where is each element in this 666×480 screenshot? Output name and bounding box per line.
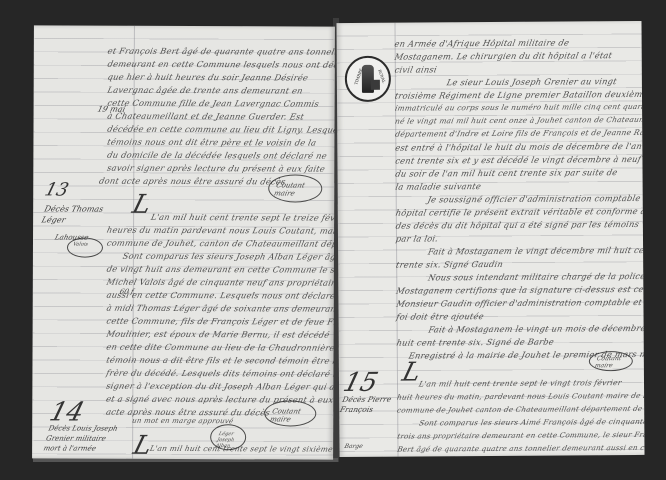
text-line: civil ainsi [394,64,438,74]
text-line: huit cent trente six. Signé de Barbe [396,337,555,348]
text-line: par la loi. [395,233,439,243]
text-line: L'an mil huit cent trente sept le treize… [150,212,335,223]
text-line: huit heures du matin, pardevant nous Lou… [396,391,644,402]
text-line: signer à l'exception du dit Joseph Alban… [105,381,335,392]
text-line: Mostaganem certifions que la signature c… [395,284,644,296]
text-line: aussi en cette Commune. Lesquels nous on… [106,290,335,301]
text-line: un mot en marge approuvé [131,417,234,425]
left-page: 19 mai 13 Décès Thomas Léger Lahousse Va… [32,25,335,459]
text-line: L'an mil huit cent trente sept le vingt … [149,444,335,454]
text-line: cette Commune, fils de François Léger et… [106,316,335,327]
text-line: Monsieur Gaudin officier d'administratio… [395,297,644,309]
text-line: Michel Valois âgé de cinquante neuf ans … [106,277,335,288]
text-line: en Armée d'Afrique Hôpital militaire de [394,37,571,48]
text-line: heures du matin pardevant nous Louis Cou… [106,225,335,236]
text-line: la maladie suivante [395,181,483,192]
text-line: que hier à huit heures du soir Jeanne Dé… [107,72,310,83]
text-line: dont acte après nous être assuré du décè… [98,176,286,187]
text-line: cette Commune fille de Jean Lavergnac Co… [107,98,321,109]
text-line: département d'Indre et Loire fils de Fra… [394,128,644,139]
text-line: né le vingt mai mil huit cent onze à Jou… [394,115,644,126]
royal-stamp: TIMBRE ROYAL [345,56,391,102]
margin-annotation: Barge [344,443,364,450]
margin-entry-title: Décès Thomas Léger [40,203,126,225]
margin-entry-title: Décès Pierre François [339,395,399,415]
text-line: cent trente six et y est décédé le vingt… [394,154,644,166]
text-line: témoins nous ont dit être père et le voi… [106,137,317,148]
margin-entry-title: Décès Louis Joseph Grenier militaire mor… [42,423,128,453]
mayor-signature: Coutant maire [589,351,633,371]
text-line: trois ans propriétaire demeurant en cett… [396,430,644,441]
text-line: Moulinier, est époux de Marie Bernu, il … [106,329,331,340]
text-line: du soir de l'an mil huit cent trente six… [395,167,619,179]
text-line: des décès du dit hôpital qui a été signé… [395,219,645,231]
text-line: est entré à l'hôpital le huit du mois de… [394,141,644,153]
text-line: à Chateaumeillant et de Jeanne Guerder. … [106,111,305,122]
text-line: témoin nous a dit être fils et le second… [105,355,335,366]
text-line: acte après nous être assuré du décès [105,407,271,418]
text-line: commune de Jouhet canton de Chateaumeill… [396,404,644,415]
stamp-seat [371,80,380,90]
text-line: hôpital certifie le présent extrait véri… [395,206,645,218]
text-line: et François Bert âgé de quarante quatre … [107,46,335,57]
text-line: Fait à Mostaganem le vingt décembre mil … [427,245,644,257]
text-line: Lavergnac âgée de trente ans demeurant e… [107,85,304,96]
text-line: L'an mil huit cent trente sept le vingt … [418,378,622,388]
text-line: en cette dite Commune au lieu de la Chau… [105,342,334,353]
text-line: à midi Thomas Léger âgé de soixante ans … [106,303,335,314]
text-line: immatriculé au corps sous le numéro huit… [394,102,644,113]
text-line: Fait à Mostaganem le vingt un mois de dé… [428,323,645,335]
text-line: frère du décédé. Lesquels dits témoins o… [105,368,335,379]
text-line: Bert âgé de quarante quatre ans tonnelie… [397,443,645,454]
text-line: Sont comparus les sieurs Joseph Alban Lé… [122,251,335,262]
text-line: décédée en cette commune au lieu dit Lig… [106,124,335,135]
text-line: de vingt huit ans demeurant en cette Com… [106,264,335,275]
text-line: troisième Régiment de Ligne premier Bata… [394,89,645,101]
text-line: commune de Jouhet, canton de Chateaumeil… [106,238,335,249]
text-line: Mostaganem. Le chirurgien du dit hôpital… [394,50,614,62]
text-line: savoir signer après lecture du présent à… [106,163,326,174]
right-page: TIMBRE ROYAL en Armée d'Afrique Hôpital … [336,21,644,457]
text-line: foi doit être ajoutée [396,311,485,322]
text-line: Nous sous intendant militaire chargé de … [427,271,644,283]
text-line: Je soussigné officier d'administration c… [427,193,645,205]
text-line: demeurant en cette Commune lesquels nous… [107,59,335,70]
mayor-signature: Coutant maire [268,174,322,202]
margin-signature: Valois [67,237,103,257]
mayor-signature: Coutant maire [264,400,316,426]
text-line: trente six. Signé Gaudin [395,259,504,270]
text-line: du domicile de la décédée lesquels ont d… [106,150,328,161]
text-line: Sont comparus les sieurs Aimé François â… [418,417,644,428]
text-line: Le sieur Louis Joseph Grenier au vingt [446,76,618,87]
